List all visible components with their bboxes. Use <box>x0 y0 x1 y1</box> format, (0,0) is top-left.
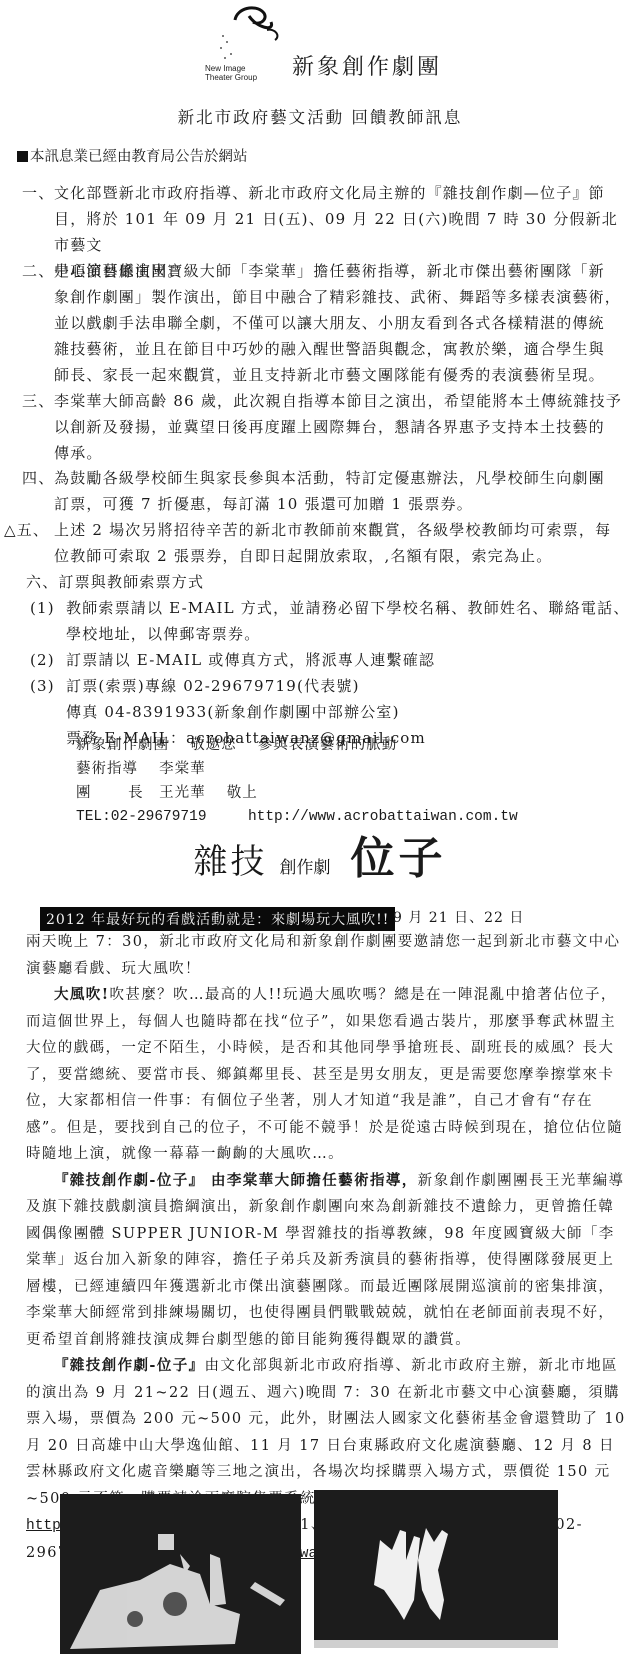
org-name: 新象創作劇團 <box>292 50 442 81</box>
item-line: 為鼓勵各級學校師生與家長參與本活動，特訂定優惠辦法，凡學校師生向劇團 <box>54 465 632 491</box>
sub-line: 學校地址，以俾郵寄票券。 <box>66 621 640 647</box>
item-number: 四、 <box>22 465 54 491</box>
p3-lead: 『雜技創作劇-位子』 <box>54 1357 205 1374</box>
item-line: 上述 2 場次另將招待辛苦的新北市教師前來觀賞，各級學校教師均可索票，每 <box>54 517 632 543</box>
item-number: △五、 <box>4 517 49 543</box>
article-body: 兩天晚上 7：30，新北市政府文化局和新象創作劇團要邀請您一起到新北市藝文中心演… <box>26 929 626 1567</box>
section-6-sub-2: (2) 訂票請以 E-MAIL 或傳真方式，將派專人連繫確認 <box>30 647 640 673</box>
p3-text: 由文化部與新北市政府指導、新北市政府主辦，新北市地區的演出為 9 月 21~22… <box>26 1358 626 1507</box>
article-title: 雜技創作劇位子 <box>0 822 640 886</box>
item-2: 二、 是項節目係由國寶級大師「李棠華」擔任藝術指導，新北市傑出藝術團隊「新 象創… <box>22 258 632 388</box>
document-subtitle: 新北市政府藝文活動 回饋教師訊息 <box>0 104 640 128</box>
acrobats-on-stage-photo <box>60 1494 301 1654</box>
item-line: 以創新及發揚，並冀望日後再度躍上國際舞台，懇請各界惠予支持本土技藝的 <box>54 414 632 440</box>
p1-lead: 大風吹! <box>54 986 109 1003</box>
sub-line: 教師索票請以 E-MAIL 方式，並請務必留下學校名稱、教師姓名、聯絡電話、 <box>66 595 640 621</box>
item-line: 目，將於 101 年 09 月 21 日(五)、09 月 22 日(六)晚間 7… <box>54 206 632 258</box>
item-line: 象創作劇團」製作演出，節目中融合了精彩雜技、武術、舞蹈等多樣表演藝術， <box>54 284 632 310</box>
sub-number: (1) <box>30 595 55 621</box>
item-line: 文化部暨新北市政府指導、新北市政府文化局主辦的『雜技創作劇—位子』節 <box>54 180 632 206</box>
theater-logo: New Image Theater Group <box>205 2 300 90</box>
article-intro: 兩天晚上 7：30，新北市政府文化局和新象創作劇團要邀請您一起到新北市藝文中心演… <box>26 929 626 982</box>
fax: 傳真 04-8391933(新象創作劇團中部辦公室) <box>66 699 640 725</box>
p1-text: 吹甚麼？吹…最高的人!!玩過大風吹嗎？總是在一陣混亂中搶著佔位子，而這個世界上，… <box>26 987 623 1162</box>
paragraph-1: 大風吹!吹甚麼？吹…最高的人!!玩過大風吹嗎？總是在一陣混亂中搶著佔位子，而這個… <box>26 982 626 1168</box>
p2-lead: 『雜技創作劇-位子』 由李棠華大師擔任藝術指導， <box>54 1172 418 1189</box>
banner-date: 9 月 21 日、22 日 <box>393 907 524 927</box>
item-line: 雜技藝術，並且在節目中巧妙的融入醒世警語與觀念，寓教於樂，適合學生與 <box>54 336 632 362</box>
title-acrobatics: 雜技 <box>194 842 268 882</box>
notice-text: 本訊息業已經由教育局公告於網站 <box>30 149 248 165</box>
logo-text-line1: New Image <box>205 64 265 73</box>
troupe-leader-line: 團 長 王光華 敬上 <box>76 781 636 805</box>
item-line: 師長、家長一起來觀賞，並且支持新北市藝文團隊能有優秀的表演藝術呈現。 <box>54 362 632 388</box>
square-bullet-icon <box>17 151 28 162</box>
notice-line: 本訊息業已經由教育局公告於網站 <box>17 145 248 166</box>
item-line: 訂票，可獲 7 折優惠，每訂滿 10 張還可加贈 1 張票券。 <box>54 491 632 517</box>
item-line: 是項節目係由國寶級大師「李棠華」擔任藝術指導，新北市傑出藝術團隊「新 <box>54 258 632 284</box>
logo-icon <box>205 2 300 64</box>
stage-silhouette-icon <box>60 1494 301 1654</box>
invitation-line: 新象創作劇團 敬邀您 參與表演藝術的脈動 <box>76 733 636 757</box>
section-6-title: 六、訂票與教師索票方式 <box>26 569 636 595</box>
sub-number: (3) <box>30 673 55 699</box>
handstand-performers-photo <box>314 1490 558 1648</box>
highlight-banner: 2012 年最好玩的看戲活動就是：來劇場玩大風吹!! <box>40 907 395 931</box>
section-6-sub-1: (1) 教師索票請以 E-MAIL 方式，並請務必留下學校名稱、教師姓名、聯絡電… <box>30 595 640 647</box>
item-number: 二、 <box>22 258 54 284</box>
item-line: 位教師可索取 2 張票券，自即日起開放索取，,名額有限，索完為止。 <box>54 543 632 569</box>
item-line: 並以戲劇手法串聯全劇，不僅可以讓大朋友、小朋友看到各式各樣精湛的傳統 <box>54 310 632 336</box>
section-6: 六、訂票與教師索票方式 <box>26 569 636 595</box>
item-line: 李棠華大師高齡 86 歲，此次親自指導本節目之演出，希望能將本土傳統雜技予 <box>54 388 632 414</box>
sub-line: 訂票請以 E-MAIL 或傳真方式，將派專人連繫確認 <box>66 647 640 673</box>
handstand-silhouette-icon <box>314 1490 558 1648</box>
item-5: △五、 上述 2 場次另將招待辛苦的新北市教師前來觀賞，各級學校教師均可索票，每… <box>4 517 632 569</box>
sub-number: (2) <box>30 647 55 673</box>
item-number: 一、 <box>22 180 54 206</box>
signature-block: 新象創作劇團 敬邀您 參與表演藝術的脈動 藝術指導 李棠華 團 長 王光華 敬上… <box>76 733 636 829</box>
logo-text-line2: Theater Group <box>205 73 265 82</box>
paragraph-2: 『雜技創作劇-位子』 由李棠華大師擔任藝術指導，新象創作劇團團長王光華編導及旗下… <box>26 1168 626 1354</box>
p2-text: 新象創作劇團團長王光華編導及旗下雜技戲劇演員擔綱演出，新象創作劇團向來為創新雜技… <box>26 1173 624 1348</box>
art-director-line: 藝術指導 李棠華 <box>76 757 636 781</box>
item-line: 傳承。 <box>54 440 632 466</box>
hotline: 訂票(索票)專線 02-29679719(代表號) <box>66 673 640 699</box>
item-4: 四、 為鼓勵各級學校師生與家長參與本活動，特訂定優惠辦法，凡學校師生向劇團 訂票… <box>22 465 632 517</box>
item-number: 三、 <box>22 388 54 414</box>
title-seat: 位子 <box>351 833 447 884</box>
title-original-play: 創作劇 <box>280 858 331 878</box>
item-3: 三、 李棠華大師高齡 86 歲，此次親自指導本節目之演出，希望能將本土傳統雜技予… <box>22 388 632 466</box>
